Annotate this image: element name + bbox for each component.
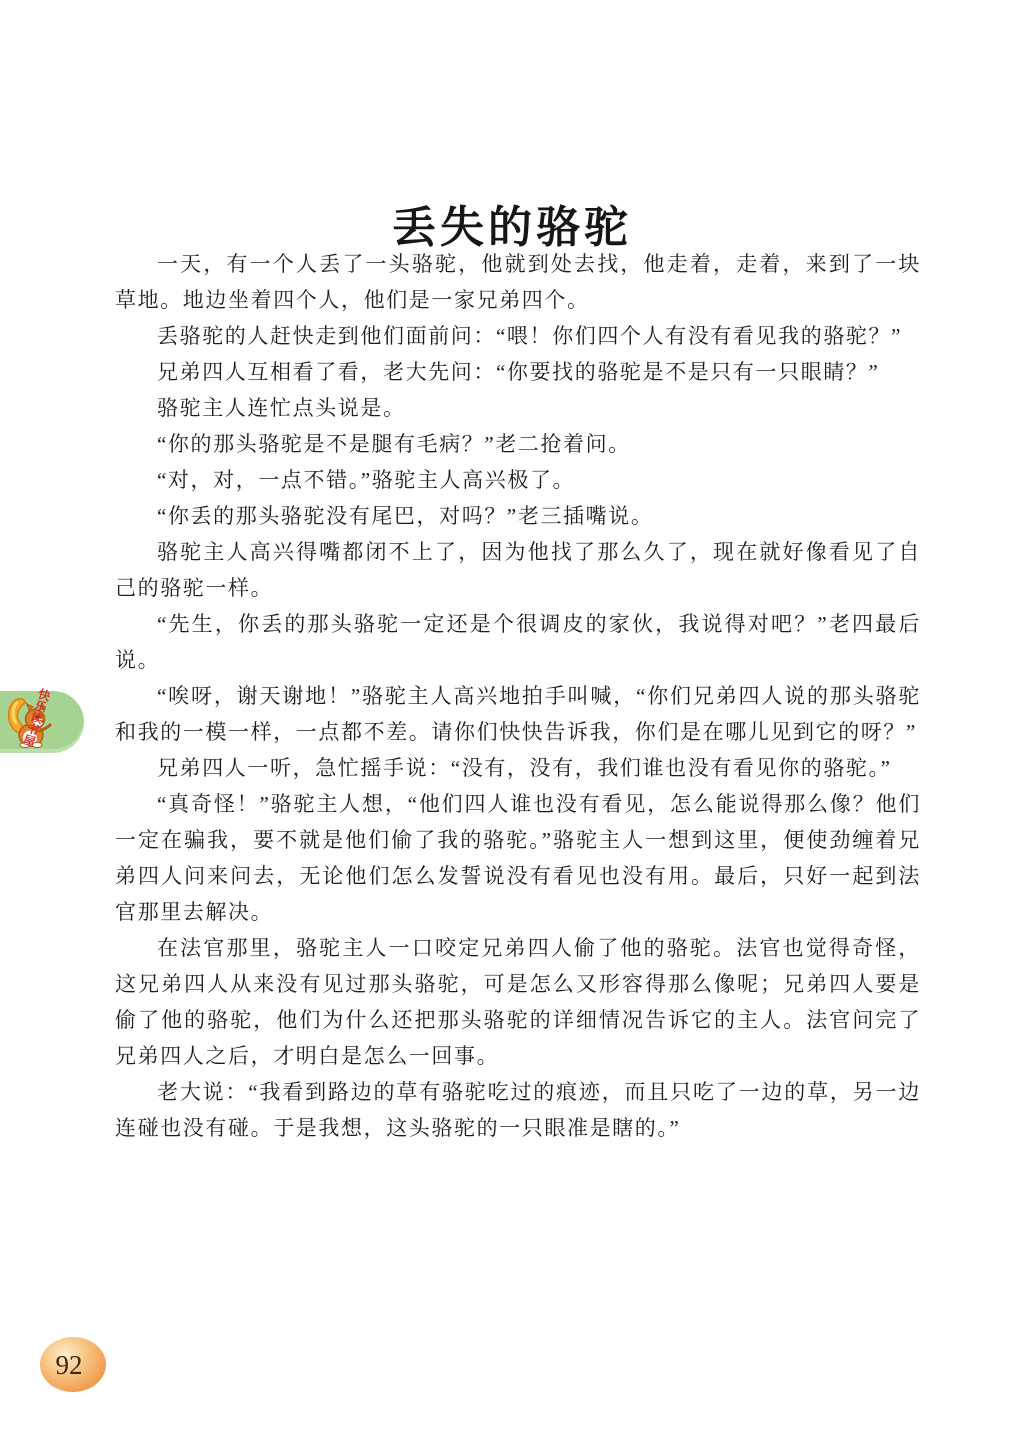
article-body: 一天，有一个人丢了一头骆驼，他就到处去找，他走着，走着，来到了一块草地。地边坐着… xyxy=(115,246,921,1146)
textbook-page: 丢失的骆驼 一天，有一个人丢了一头骆驼，他就到处去找，他走着，走着，来到了一块草… xyxy=(0,0,1024,1447)
paragraph: 兄弟四人一听，急忙摇手说：“没有，没有，我们谁也没有看见你的骆驼。” xyxy=(115,750,921,786)
paragraph: 丢骆驼的人赶快走到他们面前问：“喂！你们四个人有没有看见我的骆驼？” xyxy=(115,318,921,354)
paragraph: 在法官那里，骆驼主人一口咬定兄弟四人偷了他的骆驼。法官也觉得奇怪，这兄弟四人从来… xyxy=(115,930,921,1074)
paragraph: “真奇怪！”骆驼主人想，“他们四人谁也没有看见，怎么能说得那么像？他们一定在骗我… xyxy=(115,786,921,930)
paragraph: 老大说：“我看到路边的草有骆驼吃过的痕迹，而且只吃了一边的草，另一边连碰也没有碰… xyxy=(115,1074,921,1146)
paragraph: 骆驼主人高兴得嘴都闭不上了，因为他找了那么久了，现在就好像看见了自己的骆驼一样。 xyxy=(115,534,921,606)
paragraph: “你的那头骆驼是不是腿有毛病？”老二抢着问。 xyxy=(115,426,921,462)
paragraph: “你丢的那头骆驼没有尾巴，对吗？”老三插嘴说。 xyxy=(115,498,921,534)
paragraph: 骆驼主人连忙点头说是。 xyxy=(115,390,921,426)
paragraph: “对，对，一点不错。”骆驼主人高兴极了。 xyxy=(115,462,921,498)
side-margin-tab: 快乐读书屋 xyxy=(0,691,84,753)
paragraph: 兄弟四人互相看了看，老大先问：“你要找的骆驼是不是只有一只眼睛？” xyxy=(115,354,921,390)
paragraph: 一天，有一个人丢了一头骆驼，他就到处去找，他走着，走着，来到了一块草地。地边坐着… xyxy=(115,246,921,318)
paragraph: “唉呀，谢天谢地！”骆驼主人高兴地拍手叫喊，“你们兄弟四人说的那头骆驼和我的一模… xyxy=(115,678,921,750)
page-number: 92 xyxy=(56,1350,83,1381)
paragraph: “先生，你丢的那头骆驼一定还是个很调皮的家伙，我说得对吧？”老四最后说。 xyxy=(115,606,921,678)
page-number-badge: 92 xyxy=(40,1337,106,1392)
